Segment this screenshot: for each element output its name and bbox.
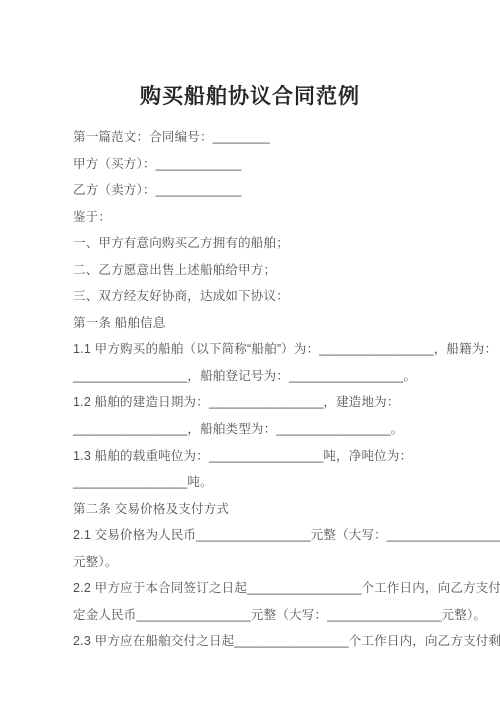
document-line: 元整）。	[73, 549, 445, 576]
document-title: 购买船舶协议合同范例	[0, 80, 500, 110]
document-line: ________________，船舶登记号为：________________…	[73, 363, 445, 390]
document-line: 2.3 甲方应在船舶交付之日起________________个工作日内，向乙方…	[73, 628, 445, 655]
document-line: 第一篇范文：合同编号：________	[73, 124, 445, 151]
document-line: 一、甲方有意向购买乙方拥有的船舶；	[73, 230, 445, 257]
document-line: 1.1 甲方购买的船舶（以下简称“船舶”）为：________________，…	[73, 336, 445, 363]
document-line: ________________吨。	[73, 469, 445, 496]
document-line: 甲方（买方）：____________	[73, 151, 445, 178]
contract-document-page: 购买船舶协议合同范例 第一篇范文：合同编号：________甲方（买方）：___…	[0, 0, 500, 707]
document-line: 鉴于：	[73, 204, 445, 231]
document-line: 2.2 甲方应于本合同签订之日起________________个工作日内，向乙…	[73, 575, 445, 602]
document-line: 1.3 船舶的载重吨位为：________________吨，净吨位为：	[73, 443, 445, 470]
document-line: 乙方（卖方）：____________	[73, 177, 445, 204]
document-line: ________________，船舶类型为：________________。	[73, 416, 445, 443]
document-line: 二、乙方愿意出售上述船舶给甲方；	[73, 257, 445, 284]
document-line: 2.1 交易价格为人民币________________元整（大写：______…	[73, 522, 445, 549]
document-line: 1.2 船舶的建造日期为：________________，建造地为：	[73, 389, 445, 416]
document-line: 定金人民币________________元整（大写：_____________…	[73, 602, 445, 629]
document-line: 三、双方经友好协商，达成如下协议：	[73, 283, 445, 310]
document-body: 第一篇范文：合同编号：________甲方（买方）：____________乙方…	[73, 124, 445, 655]
document-line: 第一条 船舶信息	[73, 310, 445, 337]
document-line: 第二条 交易价格及支付方式	[73, 496, 445, 523]
